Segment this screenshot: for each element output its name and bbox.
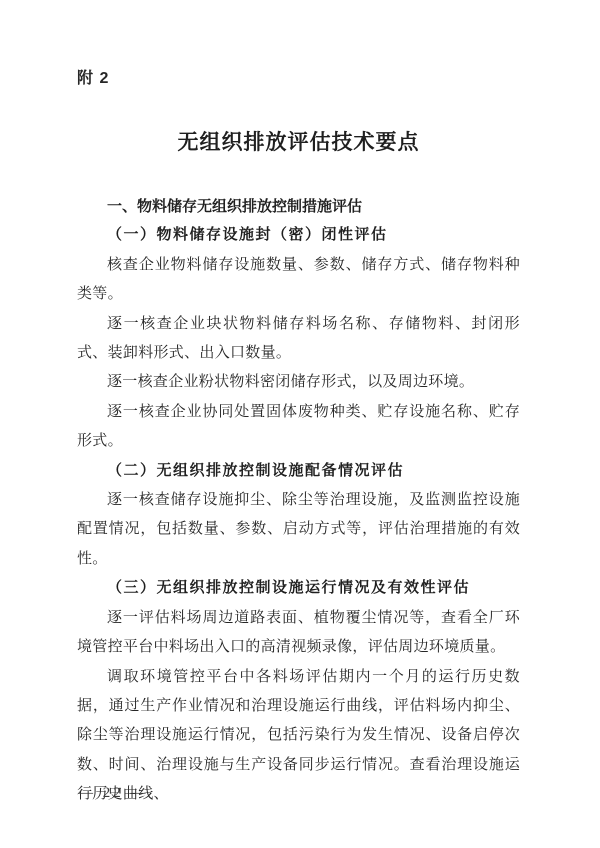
body-paragraph: 逐一核查企业协同处置固体废物种类、贮存设施名称、贮存形式。: [77, 398, 520, 457]
document-title: 无组织排放评估技术要点: [77, 130, 520, 156]
attachment-label: 附 2: [77, 68, 109, 90]
body-paragraph: 逐一核查储存设施抑尘、除尘等治理设施，及监测监控设施配置情况，包括数量、参数、启…: [77, 486, 520, 574]
subsection-heading-sealing-evaluation: （一）物料储存设施封（密）闭性评估: [77, 221, 520, 250]
page-number: — 22 —: [78, 783, 149, 803]
subsection-heading-operation-effectiveness: （三）无组织排放控制设施运行情况及有效性评估: [77, 574, 520, 603]
subsection-heading-control-facility-allocation: （二）无组织排放控制设施配备情况评估: [77, 457, 520, 486]
body-paragraph: 逐一核查企业块状物料储存料场名称、存储物料、封闭形式、装卸料形式、出入口数量。: [77, 310, 520, 369]
body-paragraph: 逐一核查企业粉状物料密闭储存形式，以及周边环境。: [77, 368, 520, 397]
document-body: 一、物料储存无组织排放控制措施评估 （一）物料储存设施封（密）闭性评估 核查企业…: [77, 192, 520, 810]
body-paragraph: 逐一评估料场周边道路表面、植物覆尘情况等，查看全厂环境管控平台中料场出入口的高清…: [77, 604, 520, 663]
body-paragraph: 核查企业物料储存设施数量、参数、储存方式、储存物料种类等。: [77, 251, 520, 310]
section-heading-material-storage: 一、物料储存无组织排放控制措施评估: [77, 192, 520, 221]
document-page: 附 2 无组织排放评估技术要点 一、物料储存无组织排放控制措施评估 （一）物料储…: [0, 0, 600, 848]
